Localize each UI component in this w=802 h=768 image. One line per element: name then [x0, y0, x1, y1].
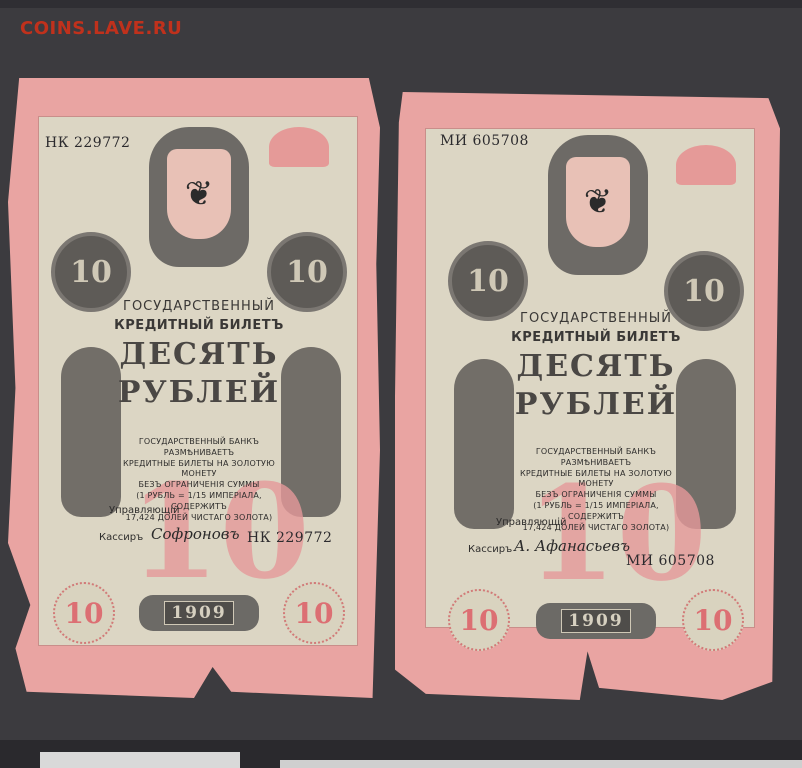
cashier-signature: Софроновъ	[151, 525, 240, 543]
denomination-value: 10	[65, 597, 104, 630]
text-line: ГОСУДАРСТВЕННЫЙ БАНКЪ РАЗМѢНИВАЕТЪ	[506, 447, 686, 469]
text-line: КРЕДИТНЫЕ БИЛЕТЫ НА ЗОЛОТУЮ МОНЕТУ	[109, 459, 289, 481]
issue-year: 1909	[164, 601, 233, 625]
year-plaque: 1909	[536, 603, 656, 639]
title-line: КРЕДИТНЫЙ БИЛЕТЪ	[496, 330, 696, 345]
serial-number-bottom: НК 229772	[247, 530, 332, 546]
coat-of-arms-cartouche: ❦	[548, 135, 648, 275]
title-line: РУБЛЕЙ	[496, 389, 696, 421]
double-headed-eagle-icon: ❦	[167, 149, 231, 239]
denomination-value: 10	[70, 255, 112, 290]
serial-number-top: МИ 605708	[440, 133, 529, 149]
denomination-value: 10	[467, 264, 509, 299]
manager-label: Управляющій	[109, 505, 180, 516]
denomination-value: 10	[694, 604, 733, 637]
text-line: ГОСУДАРСТВЕННЫЙ БАНКЪ РАЗМѢНИВАЕТЪ	[109, 437, 289, 459]
text-line: БЕЗЪ ОГРАНИЧЕНІЯ СУММЫ	[506, 490, 686, 501]
manager-label: Управляющій	[496, 517, 567, 528]
title-line: ДЕСЯТЬ	[99, 339, 299, 371]
background-light-patch	[40, 752, 240, 768]
text-line: КРЕДИТНЫЕ БИЛЕТЫ НА ЗОЛОТУЮ МОНЕТУ	[506, 469, 686, 491]
serial-number-bottom: МИ 605708	[626, 553, 715, 569]
flourish-ornament	[269, 127, 329, 167]
corner-denomination-right: 10	[283, 582, 345, 644]
title-line: ГОСУДАРСТВЕННЫЙ	[99, 299, 299, 314]
corner-denomination-left: 10	[53, 582, 115, 644]
flourish-ornament	[676, 145, 736, 185]
banknote-face: МИ 605708 ❦ 10 10 10 ГОСУДАРСТВЕННЫЙ КРЕ…	[425, 128, 755, 628]
banknote-right: МИ 605708 ❦ 10 10 10 ГОСУДАРСТВЕННЫЙ КРЕ…	[395, 92, 780, 700]
title-line: КРЕДИТНЫЙ БИЛЕТЪ	[99, 318, 299, 333]
background-top-edge	[0, 0, 802, 8]
serial-number-top: НК 229772	[45, 135, 130, 151]
coat-of-arms-cartouche: ❦	[149, 127, 249, 267]
cashier-label: Кассиръ	[468, 544, 512, 555]
banknote-left: НК 229772 ❦ 10 10 10 ГОСУДАРСТВЕННЫЙ КРЕ…	[8, 78, 380, 698]
note-title: ГОСУДАРСТВЕННЫЙ КРЕДИТНЫЙ БИЛЕТЪ ДЕСЯТЬ …	[496, 311, 696, 420]
watermark-text: COINS.LAVE.RU	[20, 18, 182, 39]
denomination-value: 10	[295, 597, 334, 630]
issue-year: 1909	[561, 609, 630, 633]
corner-denomination-left: 10	[448, 589, 510, 651]
corner-denomination-right: 10	[682, 589, 744, 651]
cashier-signature: А. Афанасьевъ	[514, 537, 630, 555]
year-plaque: 1909	[139, 595, 259, 631]
note-title: ГОСУДАРСТВЕННЫЙ КРЕДИТНЫЙ БИЛЕТЪ ДЕСЯТЬ …	[99, 299, 299, 408]
denomination-medallion-left: 10	[448, 241, 528, 321]
title-line: ГОСУДАРСТВЕННЫЙ	[496, 311, 696, 326]
denomination-value: 10	[683, 274, 725, 309]
double-headed-eagle-icon: ❦	[566, 157, 630, 247]
text-line: БЕЗЪ ОГРАНИЧЕНІЯ СУММЫ	[109, 480, 289, 491]
background-light-patch	[280, 760, 802, 768]
banknote-face: НК 229772 ❦ 10 10 10 ГОСУДАРСТВЕННЫЙ КРЕ…	[38, 116, 358, 646]
denomination-value: 10	[286, 255, 328, 290]
title-line: ДЕСЯТЬ	[496, 351, 696, 383]
title-line: РУБЛЕЙ	[99, 377, 299, 409]
denomination-value: 10	[460, 604, 499, 637]
cashier-label: Кассиръ	[99, 532, 143, 543]
